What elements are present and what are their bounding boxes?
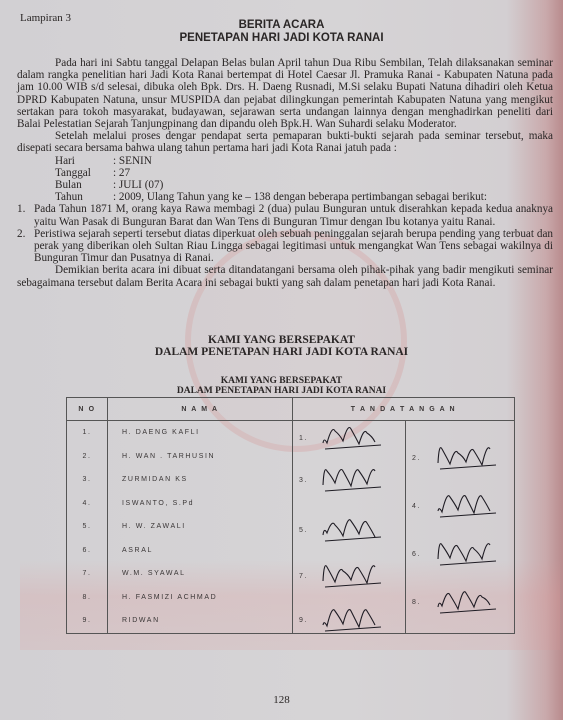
row-number: 8. [67, 586, 107, 610]
header-no: N O [67, 398, 108, 421]
signature-scribble [319, 603, 389, 637]
signature-table: N O N A M A T A N D A T A N G A N 1.2.3.… [66, 397, 515, 634]
signatory-name: H. WAN . TARHUSIN [122, 445, 292, 469]
table-header-row: N O N A M A T A N D A T A N G A N [67, 398, 515, 421]
signature-number: 5. [299, 527, 308, 534]
page-number: 128 [0, 694, 563, 706]
signature-number: 3. [299, 477, 308, 484]
signature-scribble [319, 559, 389, 593]
signature-number: 6. [412, 551, 421, 558]
signatory-name: H. DAENG KAFLI [122, 421, 292, 445]
signatory-name: ZURMIDAN KS [122, 468, 292, 492]
table-title-2: DALAM PENETAPAN HARI JADI KOTA RANAI [0, 386, 563, 396]
row-number: 4. [67, 492, 107, 516]
signature-scribble [434, 585, 504, 619]
detail-day: Hari: SENIN [17, 155, 553, 167]
signature-number: 1. [299, 435, 308, 442]
row-number: 2. [67, 445, 107, 469]
document-subtitle: PENETAPAN HARI JADI KOTA RANAI [0, 32, 563, 45]
signature-scribble [319, 421, 389, 455]
number-column: 1.2.3.4.5.6.7.8.9. [67, 421, 108, 634]
paragraph-closing: Demikian berita acara ini dibuat serta d… [17, 264, 553, 288]
table-body-row: 1.2.3.4.5.6.7.8.9. H. DAENG KAFLIH. WAN … [67, 421, 515, 634]
detail-year: Tahun: 2009, Ulang Tahun yang ke – 138 d… [17, 191, 553, 203]
signatory-name: W.M. SYAWAL [122, 562, 292, 586]
signature-scribble [319, 513, 389, 547]
row-number: 5. [67, 515, 107, 539]
row-number: 9. [67, 609, 107, 633]
signatory-name: RIDWAN [122, 609, 292, 633]
header-name: N A M A [108, 398, 293, 421]
consideration-item: 2.Peristiwa sejarah seperti tersebut dia… [17, 228, 553, 265]
document-title: BERITA ACARA [0, 19, 563, 32]
signature-number: 8. [412, 599, 421, 606]
row-number: 3. [67, 468, 107, 492]
signature-number: 9. [299, 617, 308, 624]
signature-scribble [434, 489, 504, 523]
signature-column-left: 1.3.5.7.9. [293, 421, 406, 634]
signature-scribble [319, 463, 389, 497]
document-page: Lampiran 3 BERITA ACARA PENETAPAN HARI J… [0, 0, 563, 720]
signature-number: 4. [412, 503, 421, 510]
header-signature: T A N D A T A N G A N [293, 398, 515, 421]
row-number: 1. [67, 421, 107, 445]
row-number: 6. [67, 539, 107, 563]
signature-scribble [434, 537, 504, 571]
signatory-name: ASRAL [122, 539, 292, 563]
signatory-name: ISWANTO, S.Pd [122, 492, 292, 516]
table-title: KAMI YANG BERSEPAKAT [0, 376, 563, 386]
consideration-item: 1.Pada Tahun 1871 M, orang kaya Rawa mem… [17, 203, 553, 227]
signature-number: 7. [299, 573, 308, 580]
signatory-name: H. W. ZAWALI [122, 515, 292, 539]
detail-month: Bulan: JULI (07) [17, 179, 553, 191]
signature-column-right: 2.4.6.8. [406, 421, 515, 634]
agreement-title-2: DALAM PENETAPAN HARI JADI KOTA RANAI [0, 346, 563, 358]
agreement-title: KAMI YANG BERSEPAKAT [0, 334, 563, 346]
signature-scribble [434, 441, 504, 475]
document-body: Pada hari ini Sabtu tanggal Delapan Bela… [17, 57, 553, 289]
signature-number: 2. [412, 455, 421, 462]
detail-date: Tanggal: 27 [17, 167, 553, 179]
row-number: 7. [67, 562, 107, 586]
name-column: H. DAENG KAFLIH. WAN . TARHUSINZURMIDAN … [108, 421, 293, 634]
signatory-name: H. FASMIZI ACHMAD [122, 586, 292, 610]
paragraph-opening: Pada hari ini Sabtu tanggal Delapan Bela… [17, 57, 553, 130]
paragraph-agreement: Setelah melalui proses dengar pendapat s… [17, 130, 553, 154]
